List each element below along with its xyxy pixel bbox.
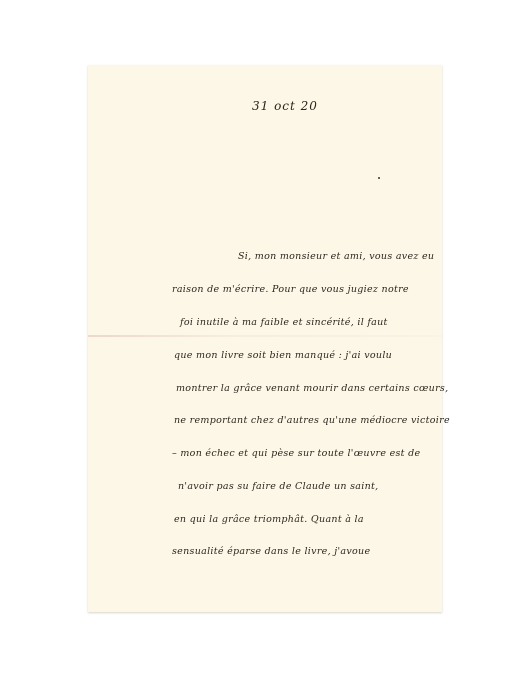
letter-line: ne remportant chez d'autres qu'une médio… — [88, 415, 528, 426]
ink-mark — [378, 177, 380, 179]
letter-line: que mon livre soit bien manqué : j'ai vo… — [88, 350, 528, 361]
letter-page: 31 oct 20 Si, mon monsieur et ami, vous … — [88, 65, 442, 612]
letter-line: n'avoir pas su faire de Claude un saint, — [88, 481, 530, 492]
letter-date: 31 oct 20 — [252, 99, 318, 113]
fold-crease — [88, 335, 442, 337]
letter-line: Si, mon monsieur et ami, vous avez eu — [88, 251, 530, 262]
letter-line: sensualité éparse dans le livre, j'avoue — [88, 546, 526, 557]
letter-line: foi inutile à ma faible et sincérité, il… — [88, 317, 530, 328]
letter-line: – mon échec et qui pèse sur toute l'œuvr… — [88, 448, 526, 459]
letter-line: montrer la grâce venant mourir dans cert… — [88, 383, 530, 394]
letter-line: en qui la grâce triomphât. Quant à la — [88, 514, 528, 525]
letter-line: raison de m'écrire. Pour que vous jugiez… — [88, 284, 526, 295]
